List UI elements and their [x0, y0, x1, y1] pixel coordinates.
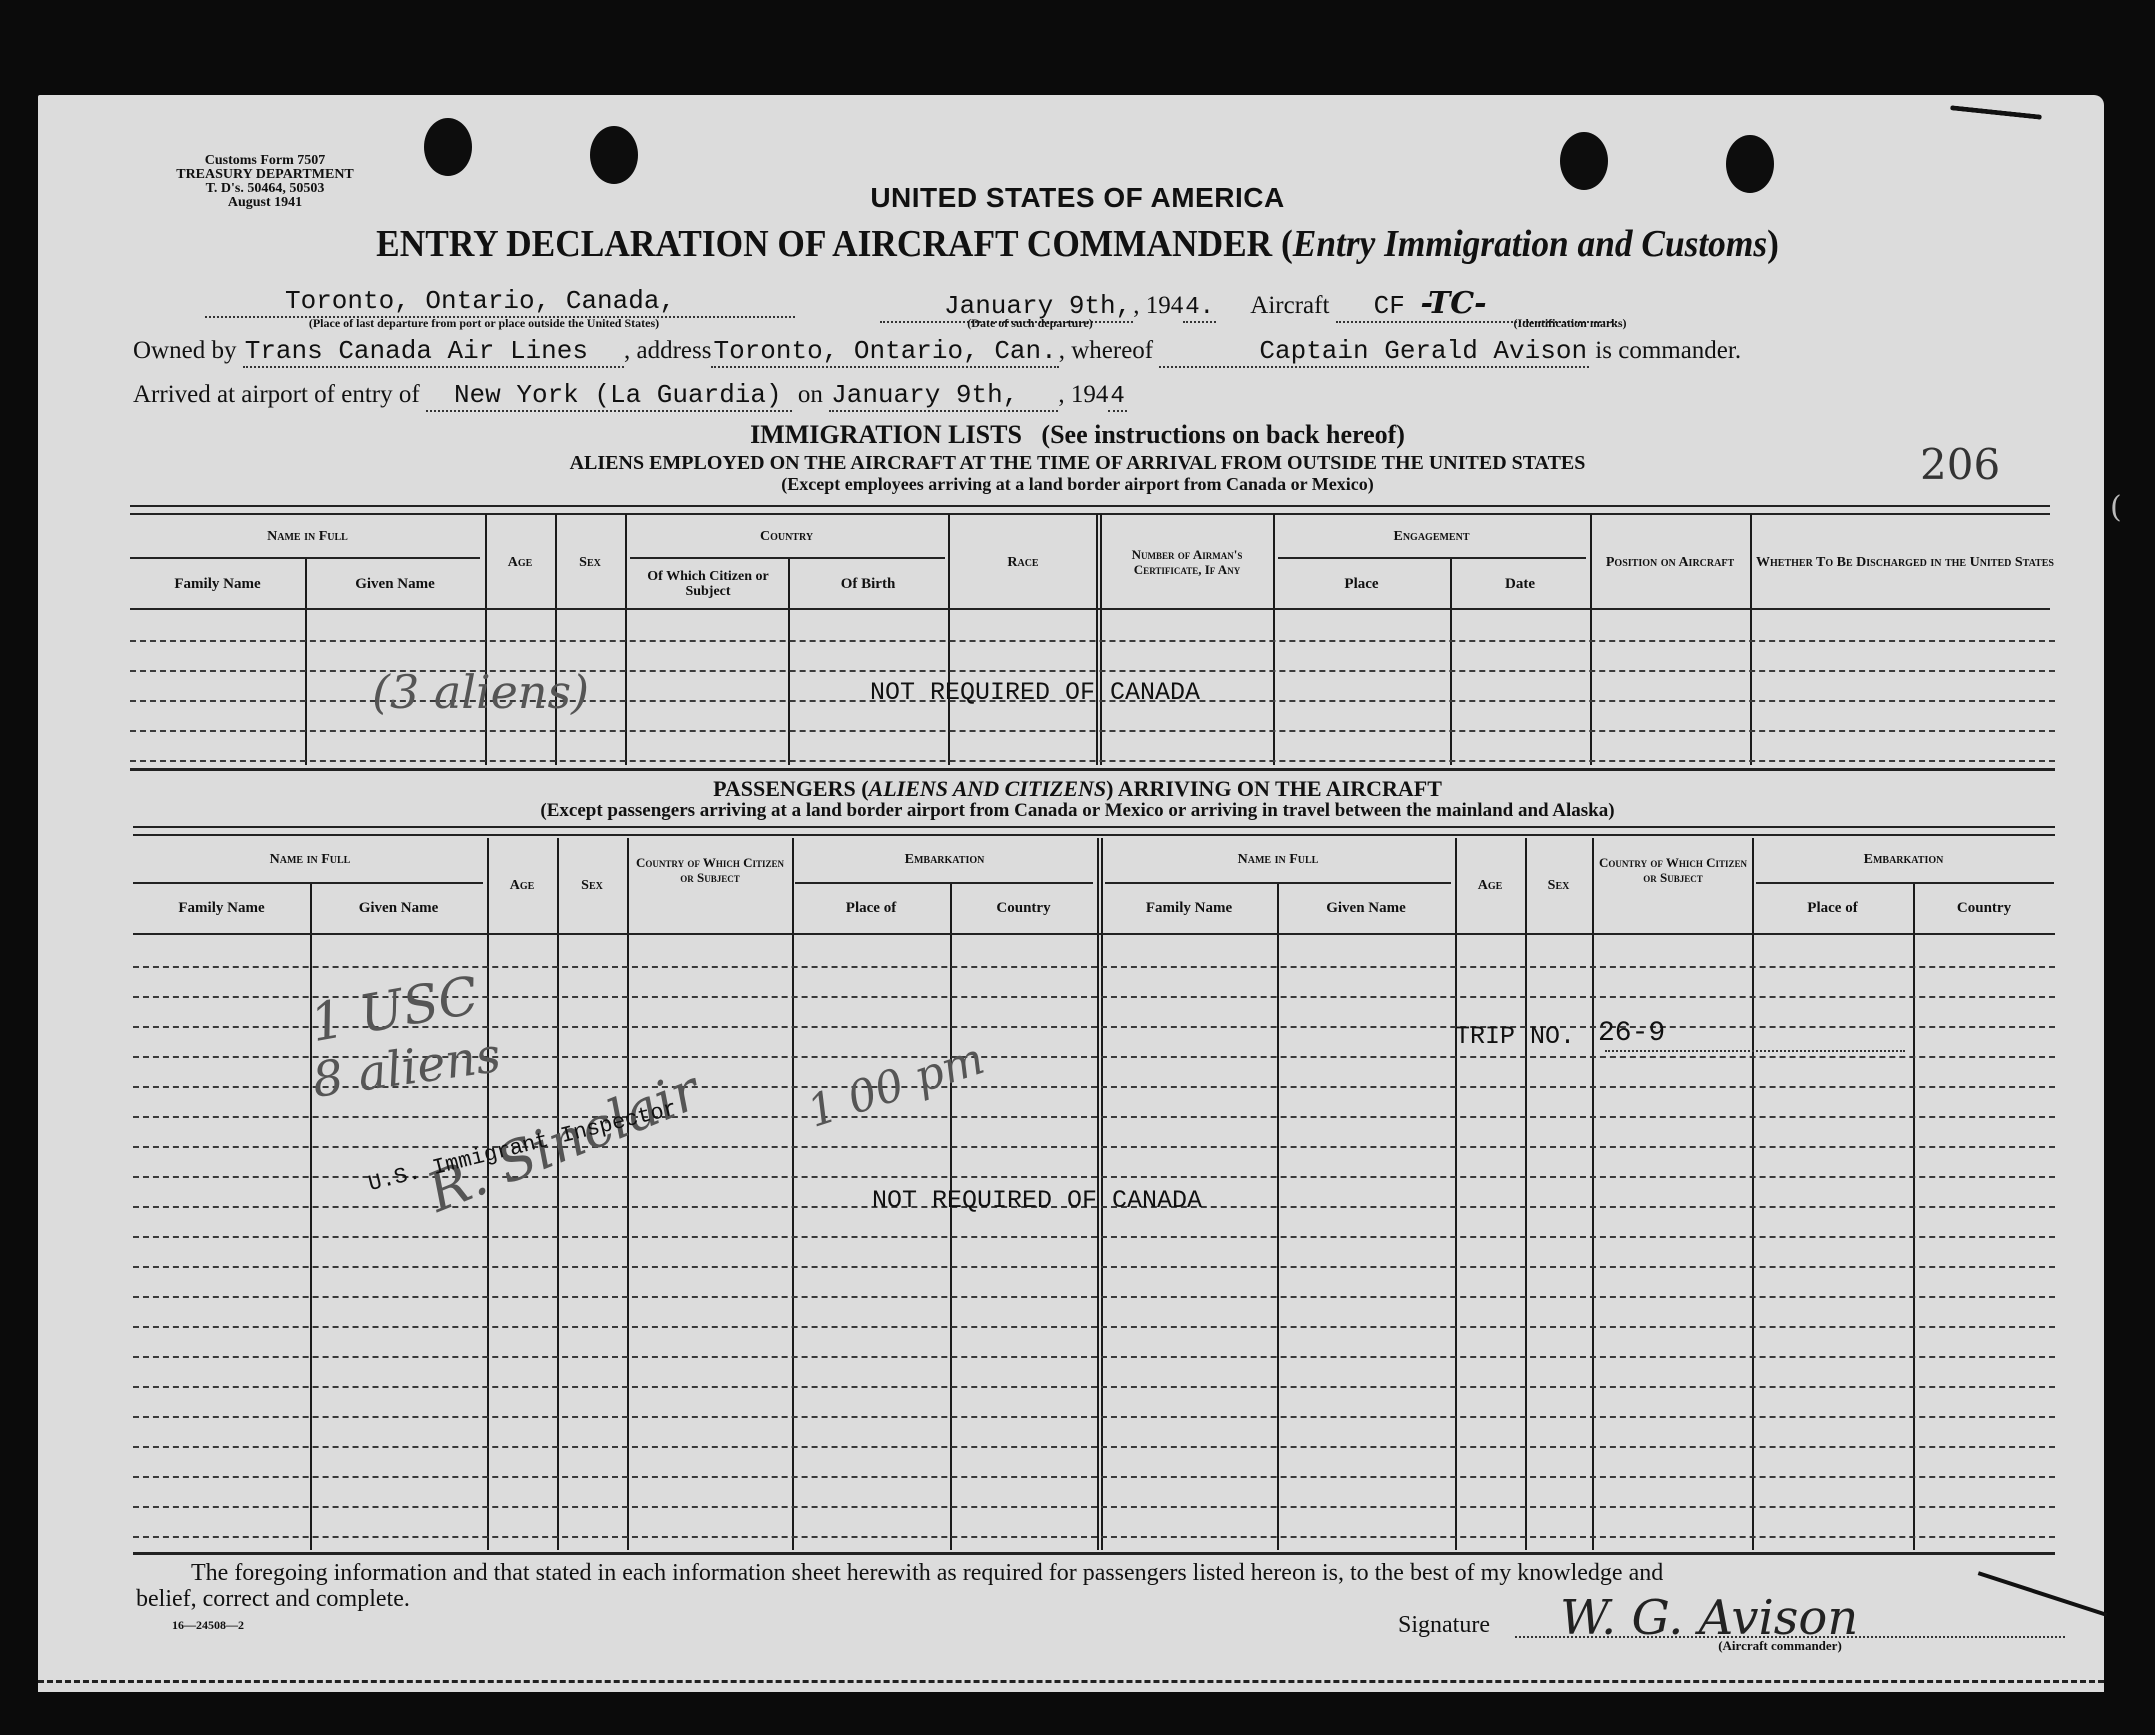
- crew-handwritten-note: (3 aliens): [372, 665, 589, 719]
- passenger-not-required-stamp: NOT REQUIRED OF CANADA: [872, 1186, 1202, 1215]
- table-row: [133, 1386, 2055, 1388]
- trip-number[interactable]: 26-9: [1598, 1018, 1665, 1049]
- table-row: [133, 1236, 2055, 1238]
- trip-number-underline: [1605, 1050, 1905, 1052]
- arrival-year[interactable]: 4: [1108, 383, 1126, 412]
- aircraft-label: Aircraft: [1250, 292, 1329, 319]
- crew-header-family-name: Family Name: [130, 562, 305, 606]
- table-row: [133, 1476, 2055, 1478]
- passenger-header-age-2: Age: [1455, 840, 1525, 930]
- crew-header-age: Age: [485, 518, 555, 606]
- perforation-line: [38, 1680, 2104, 1683]
- arrival-date[interactable]: January 9th,: [829, 380, 1058, 412]
- crew-not-required-stamp: NOT REQUIRED OF CANADA: [870, 678, 1200, 707]
- table-top-rule: [130, 505, 2050, 515]
- passenger-header-given-name-2: Given Name: [1277, 886, 1455, 930]
- passenger-header-name-2: Name in Full: [1101, 840, 1455, 878]
- passenger-header-given-name: Given Name: [310, 886, 487, 930]
- print-code: 16—24508—2: [172, 1618, 244, 1633]
- crew-header-citizen-of: Of Which Citizen or Subject: [628, 562, 788, 606]
- passengers-heading: PASSENGERS (ALIENS AND CITIZENS) ARRIVIN…: [0, 776, 2155, 802]
- trip-number-label: TRIP NO.: [1455, 1022, 1575, 1051]
- crew-header-name: Name in Full: [130, 518, 485, 554]
- owner-address[interactable]: Toronto, Ontario, Can.: [711, 336, 1058, 368]
- crew-header-place: Place: [1273, 562, 1450, 606]
- crew-header-given-name: Given Name: [305, 562, 485, 606]
- table-row: [133, 1506, 2055, 1508]
- passenger-header-sex-2: Sex: [1525, 840, 1592, 930]
- aliens-heading: ALIENS EMPLOYED ON THE AIRCRAFT AT THE T…: [0, 452, 2155, 475]
- table-row: [133, 1266, 2055, 1268]
- table-row: [133, 1536, 2055, 1538]
- passenger-header-family-name: Family Name: [133, 886, 310, 930]
- crew-header-country: Country: [625, 518, 948, 554]
- table-row: [133, 1326, 2055, 1328]
- table-row: [133, 966, 2055, 968]
- passenger-header-citizen-of-2: Country of Which Citizen or Subject: [1594, 840, 1752, 900]
- aircraft-id-caption: (Identification marks): [1480, 316, 1660, 331]
- passenger-header-embarkation-2: Embarkation: [1752, 840, 2055, 878]
- passenger-header-embarkation: Embarkation: [792, 840, 1097, 878]
- passenger-header-sex: Sex: [557, 840, 627, 930]
- crew-header-sex: Sex: [555, 518, 625, 606]
- table-row: [133, 1296, 2055, 1298]
- passenger-header-place-of: Place of: [792, 886, 950, 930]
- passenger-header-country-2: Country: [1913, 886, 2055, 930]
- table-row: [133, 1446, 2055, 1448]
- table-row: [133, 1356, 2055, 1358]
- crew-header-position: Position on Aircraft: [1590, 518, 1750, 606]
- departure-place[interactable]: Toronto, Ontario, Canada,: [205, 286, 795, 318]
- departure-year[interactable]: 4.: [1183, 294, 1216, 323]
- passenger-header-country: Country: [950, 886, 1097, 930]
- signature-caption: (Aircraft commander): [1690, 1638, 1870, 1654]
- table-row: [133, 1416, 2055, 1418]
- passenger-header-family-name-2: Family Name: [1101, 886, 1277, 930]
- table-row: [133, 1146, 2055, 1148]
- punch-hole: [590, 126, 638, 184]
- table-top-rule: [133, 826, 2055, 836]
- passenger-header-citizen-of: Country of Which Citizen or Subject: [630, 840, 790, 900]
- owner-name[interactable]: Trans Canada Air Lines: [243, 336, 624, 368]
- punch-hole: [424, 118, 472, 176]
- form-number: Customs Form 7507: [120, 154, 410, 168]
- crew-header-engagement: Engagement: [1273, 518, 1590, 554]
- departure-line: Toronto, Ontario, Canada,: [205, 286, 795, 316]
- passenger-header-name: Name in Full: [133, 840, 487, 878]
- crew-header-discharged: Whether To Be Discharged in the United S…: [1755, 518, 2055, 606]
- margin-mark: (: [2110, 490, 2122, 525]
- commander-name[interactable]: Captain Gerald Avison: [1159, 336, 1589, 368]
- owner-line: Owned by Trans Canada Air Lines, address…: [133, 336, 1741, 366]
- crew-header-race: Race: [948, 518, 1098, 606]
- departure-place-caption: (Place of last departure from port or pl…: [214, 316, 754, 331]
- table-row: [133, 1116, 2055, 1118]
- immigration-lists-heading: IMMIGRATION LISTS (See instructions on b…: [0, 420, 2155, 450]
- crew-header-date: Date: [1450, 562, 1590, 606]
- arrival-line: Arrived at airport of entry of New York …: [133, 380, 1127, 410]
- signature-label: Signature: [1398, 1612, 1490, 1638]
- country-heading: UNITED STATES OF AMERICA: [0, 182, 2155, 214]
- passenger-header-age: Age: [487, 840, 557, 930]
- crew-header-certificate: Number of Airman's Certificate, If Any: [1102, 518, 1272, 606]
- crew-header-of-birth: Of Birth: [788, 562, 948, 606]
- passengers-subheading: (Except passengers arriving at a land bo…: [0, 800, 2155, 822]
- arrival-airport[interactable]: New York (La Guardia): [426, 380, 792, 412]
- departure-date-caption: (Date of such departure): [930, 316, 1130, 331]
- passenger-header-place-of-2: Place of: [1752, 886, 1913, 930]
- aliens-subheading: (Except employees arriving at a land bor…: [0, 474, 2155, 495]
- page-title: ENTRY DECLARATION OF AIRCRAFT COMMANDER …: [75, 222, 2079, 266]
- department: TREASURY DEPARTMENT: [120, 168, 410, 182]
